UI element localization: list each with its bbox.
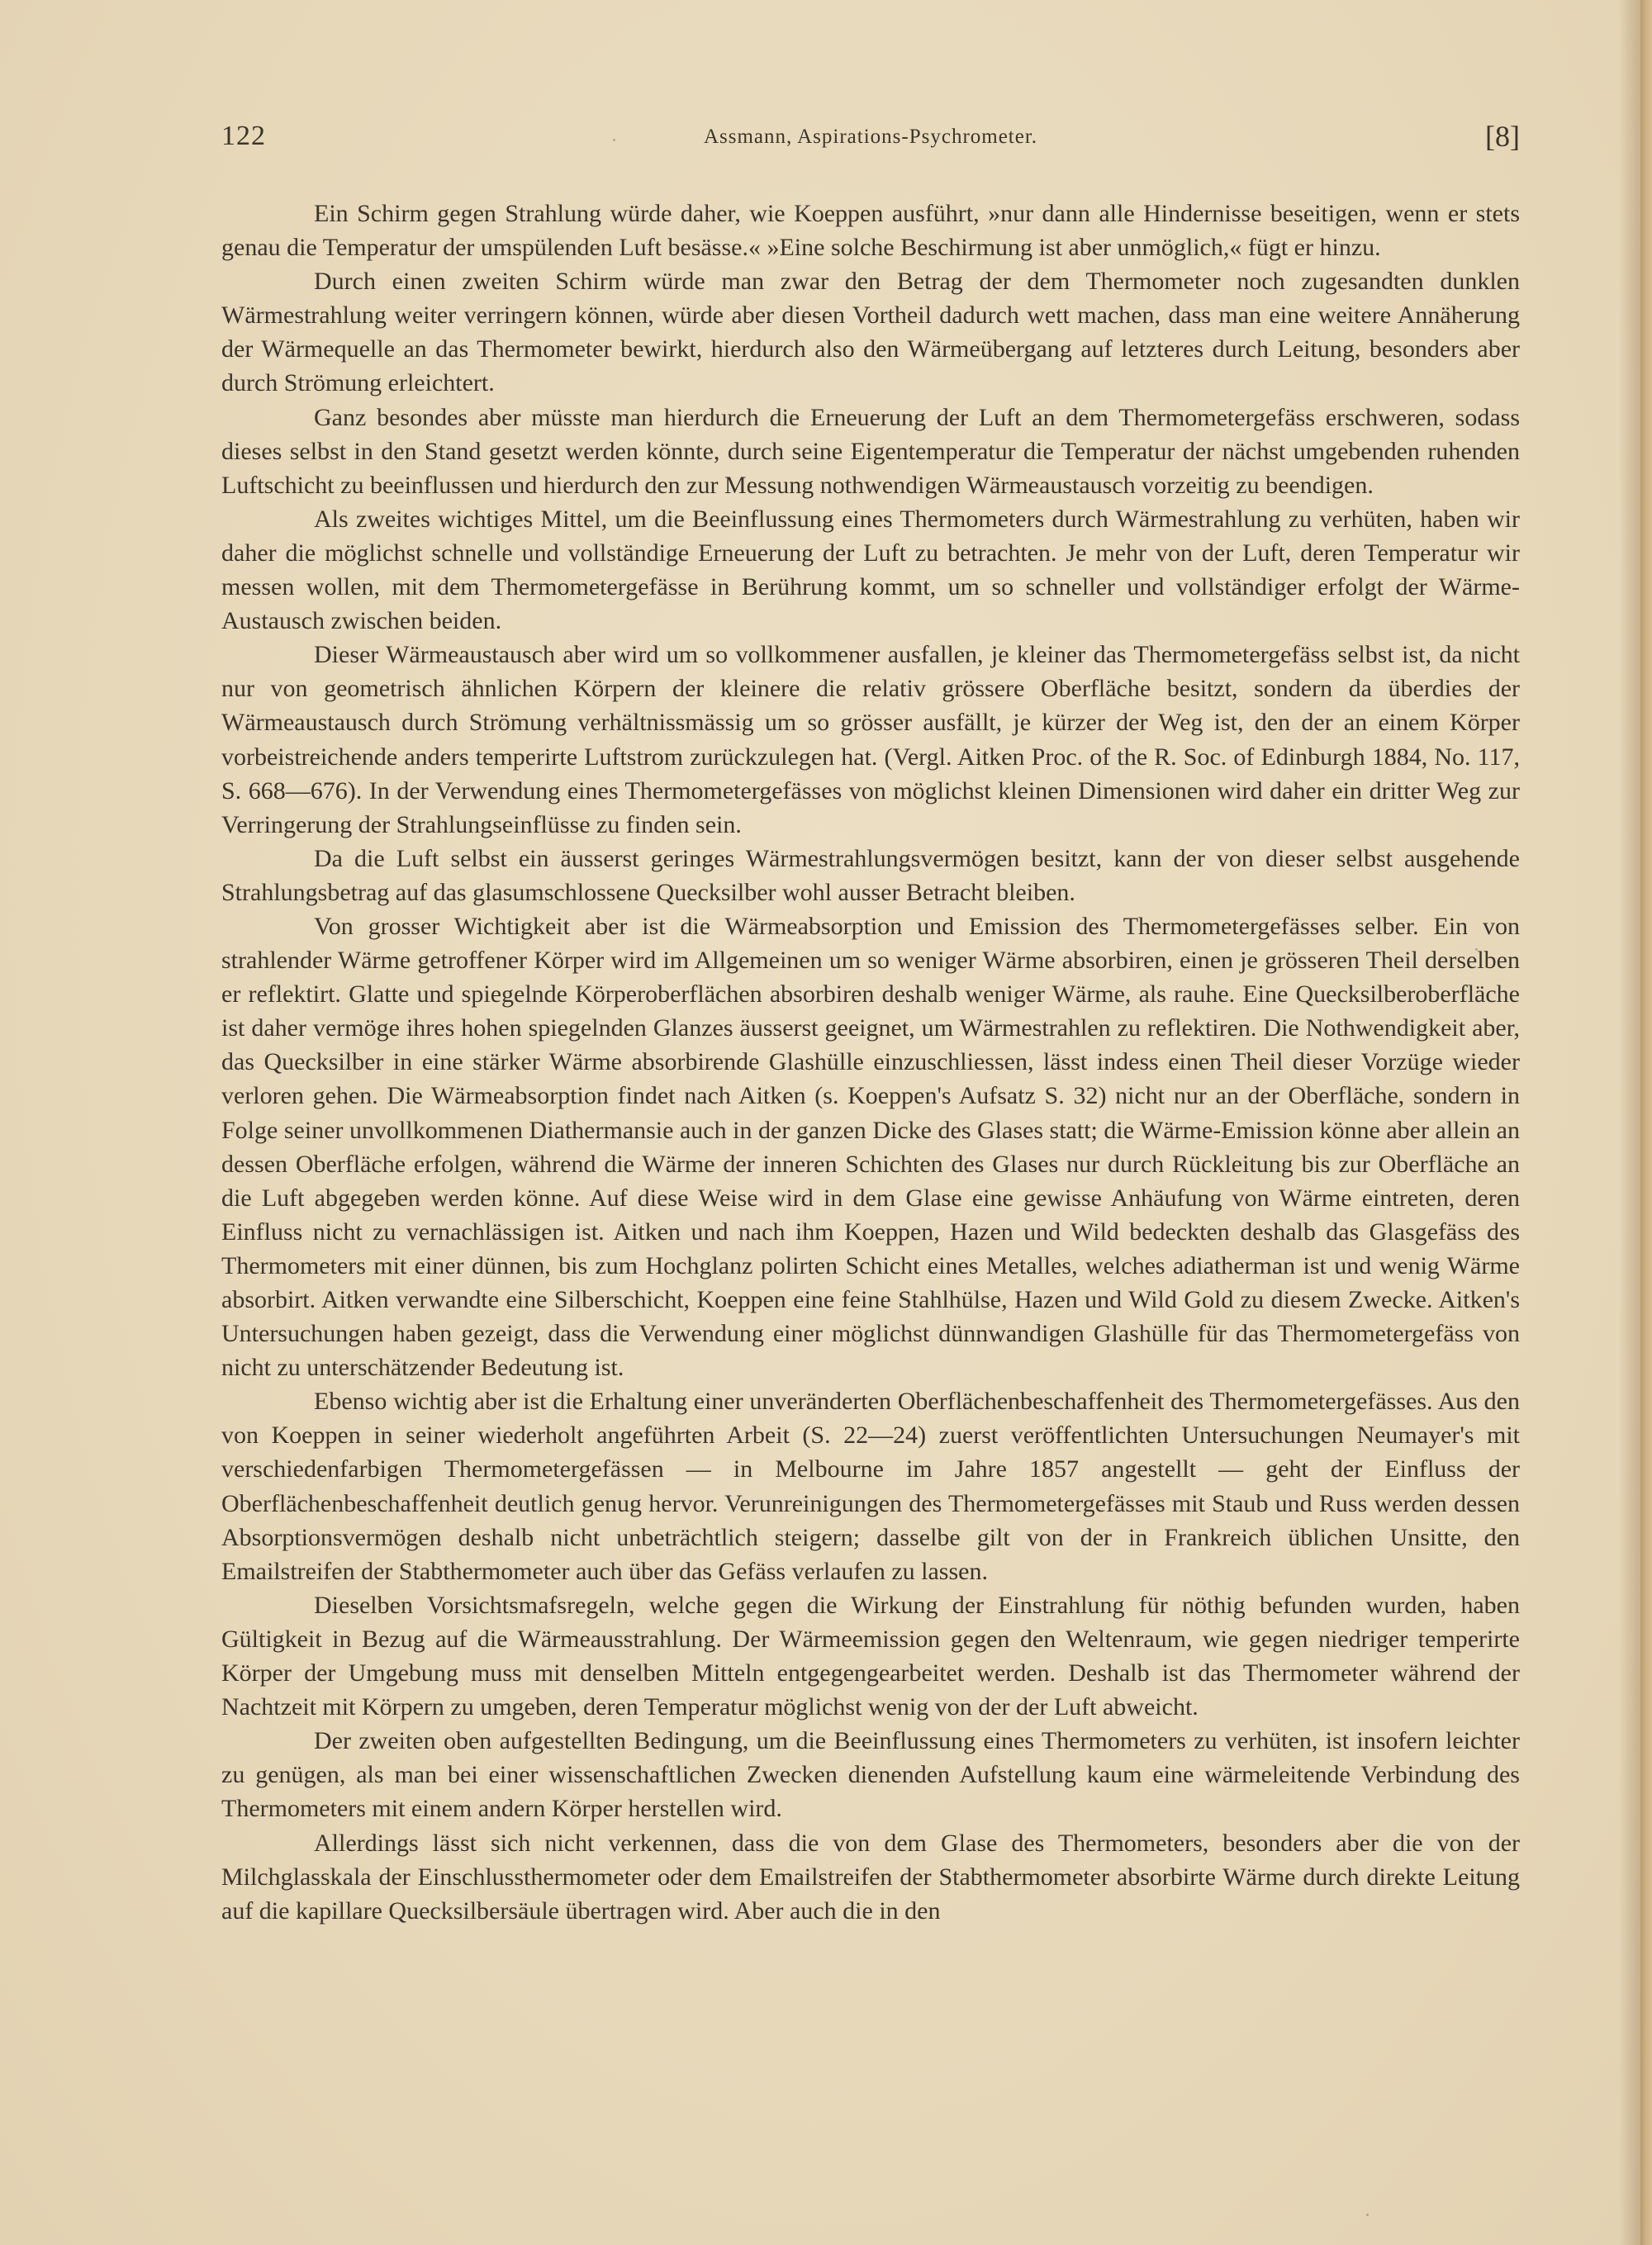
paragraph: Dieselben Vorsichtsmafsregeln, welche ge… — [221, 1588, 1520, 1724]
paragraph: Der zweiten oben aufgestellten Bedingung… — [221, 1724, 1520, 1825]
paragraph: Dieser Wärmeaustausch aber wird um so vo… — [221, 638, 1520, 842]
paragraph: Ebenso wichtig aber ist die Erhaltung ei… — [221, 1384, 1520, 1588]
paper-speck — [1366, 2214, 1369, 2216]
paragraph: Allerdings lässt sich nicht verkennen, d… — [221, 1826, 1520, 1928]
paragraph: Ganz besondes aber müsste man hierdurch … — [221, 401, 1520, 502]
paper-speck — [613, 139, 615, 141]
section-marker: [8] — [1485, 119, 1520, 154]
running-title: Assmann, Aspirations-Psychrometer. — [221, 126, 1520, 149]
running-header: 122 Assmann, Aspirations-Psychrometer. [… — [221, 116, 1520, 157]
paper-speck — [1475, 948, 1478, 951]
paragraph: Ein Schirm gegen Strahlung würde daher, … — [221, 197, 1520, 264]
book-binding-edge — [1640, 0, 1652, 2245]
body-text: Ein Schirm gegen Strahlung würde daher, … — [221, 197, 1520, 1928]
paragraph: Als zweites wichtiges Mittel, um die Bee… — [221, 502, 1520, 638]
paragraph: Von grosser Wichtigkeit aber ist die Wär… — [221, 909, 1520, 1384]
paragraph: Da die Luft selbst ein äusserst geringes… — [221, 842, 1520, 909]
paragraph: Durch einen zweiten Schirm würde man zwa… — [221, 264, 1520, 400]
